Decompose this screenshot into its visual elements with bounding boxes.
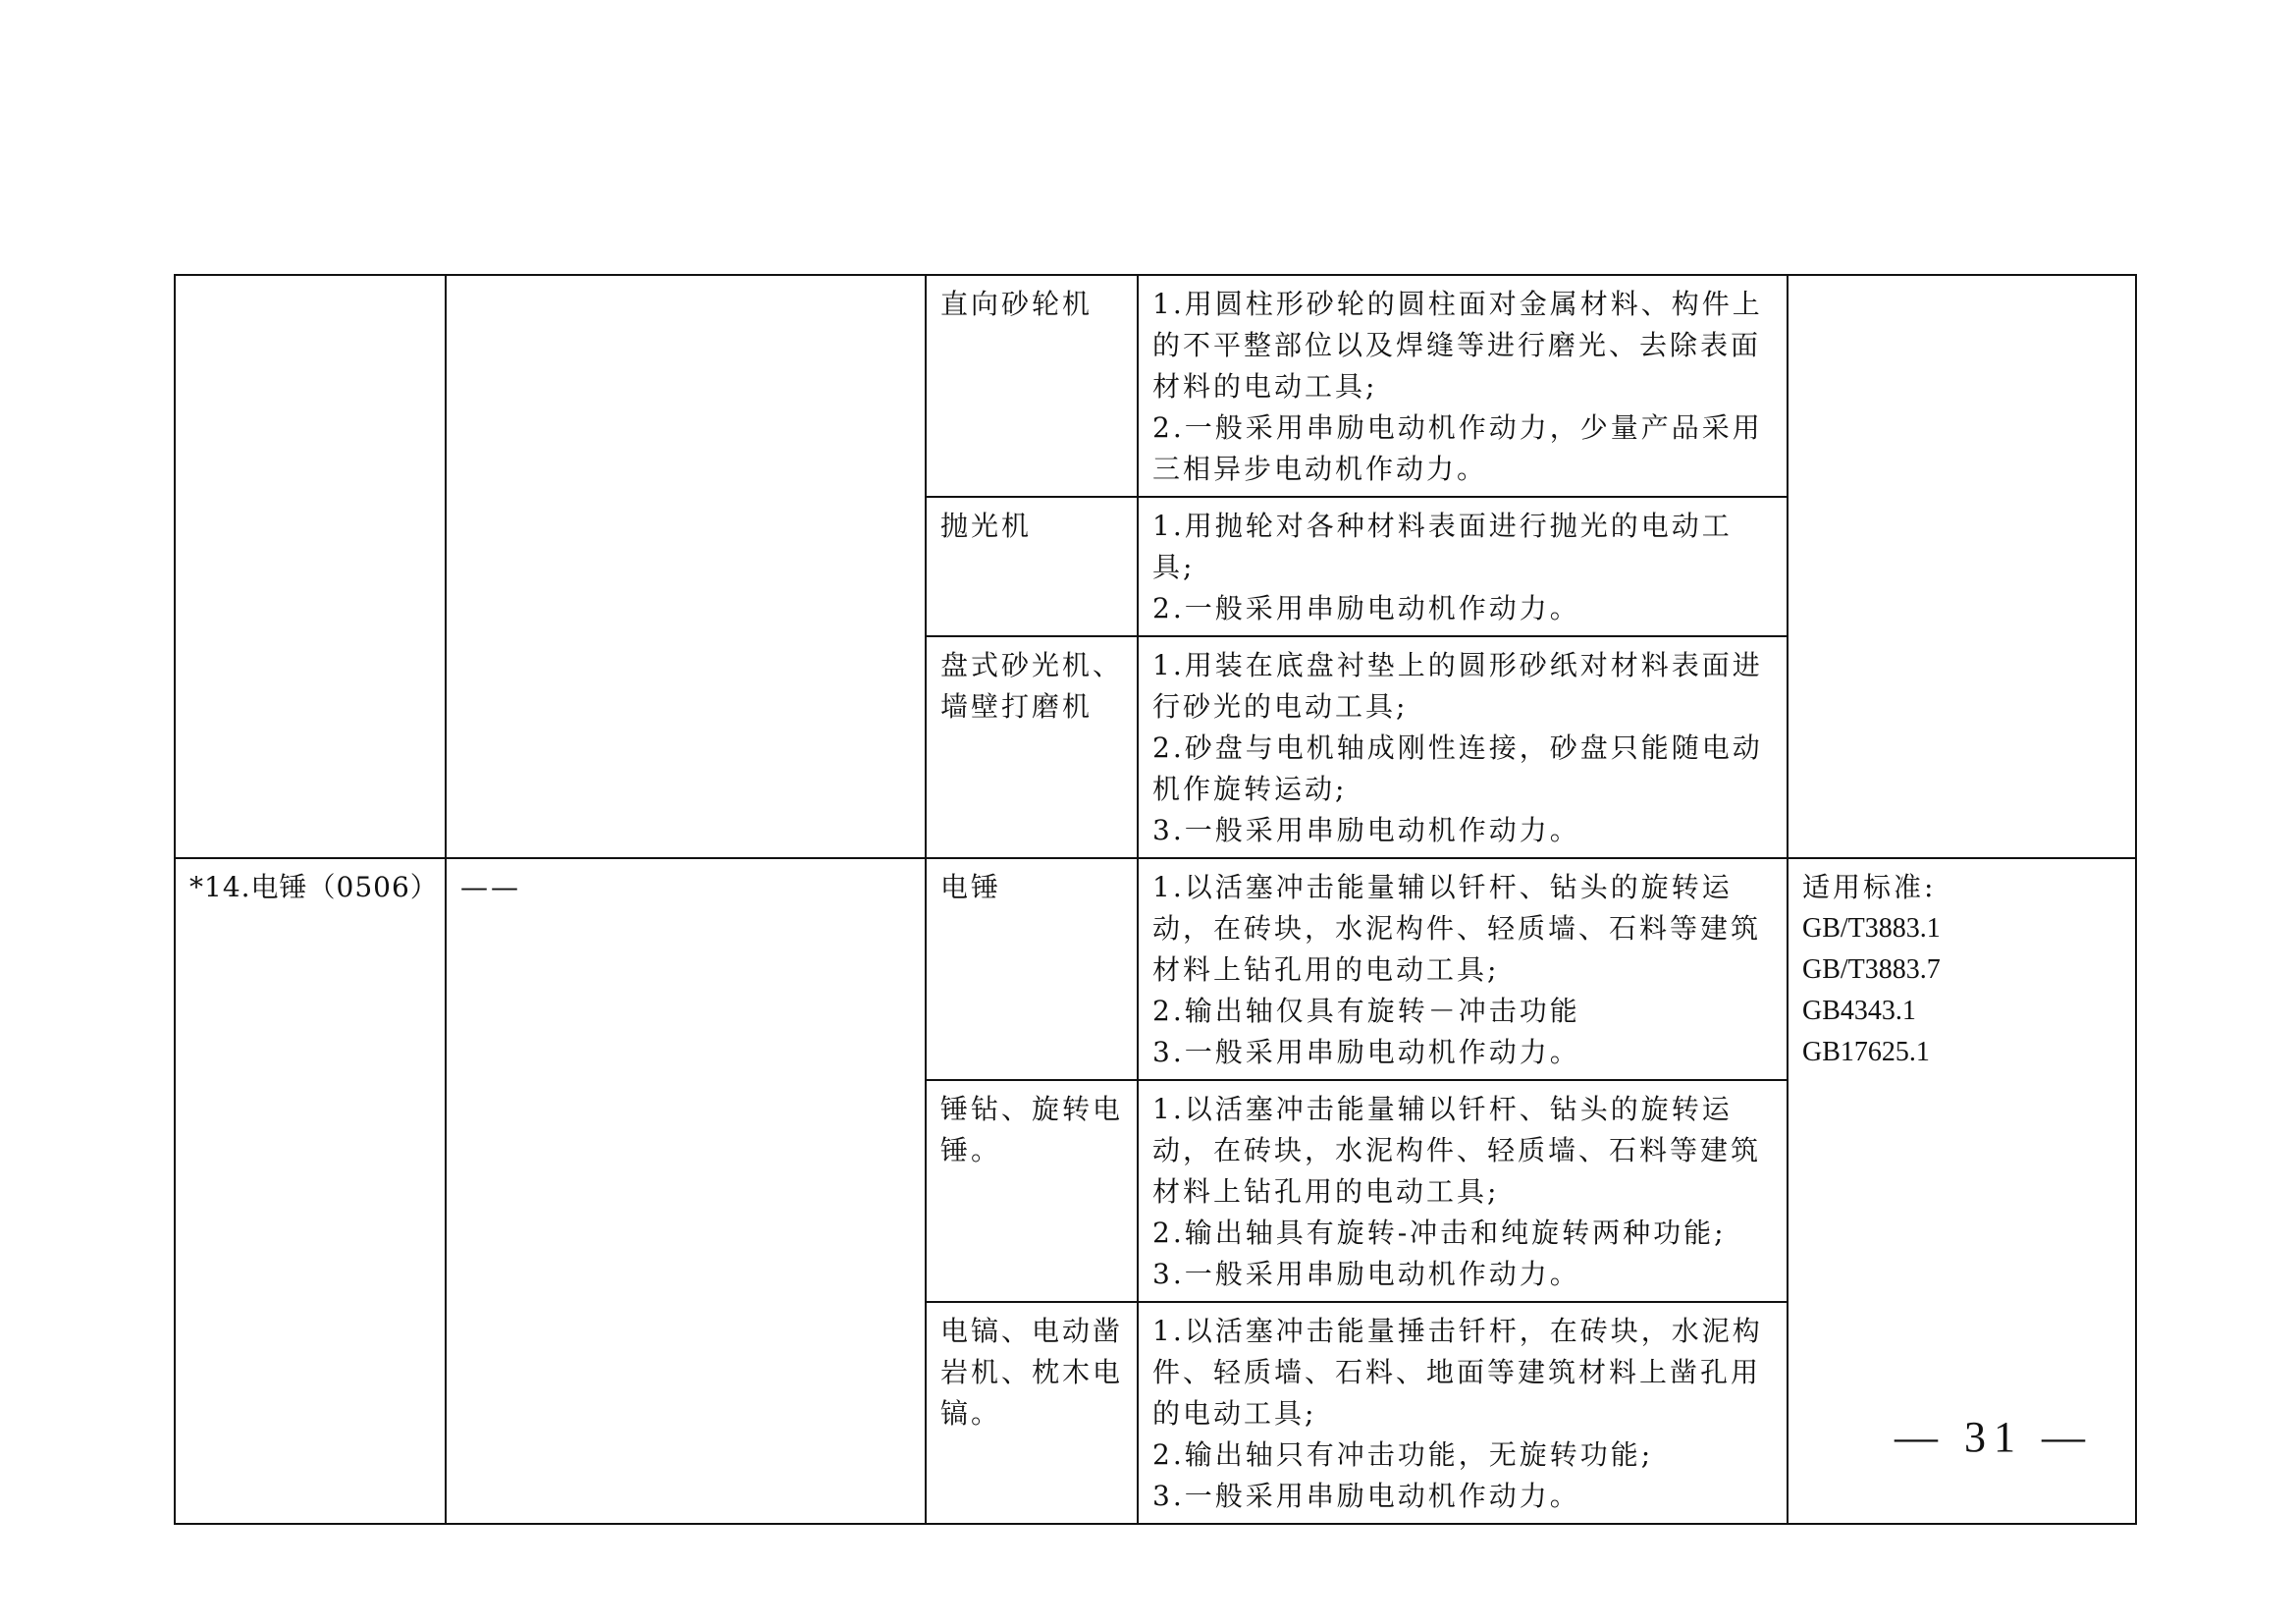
- description-line: 2.输出轴只有冲击功能，无旋转功能;: [1152, 1435, 1775, 1476]
- description-line: 3.一般采用串励电动机作动力。: [1152, 810, 1775, 851]
- category-cell: [175, 275, 446, 858]
- subcategory-cell: [446, 275, 926, 858]
- category-cell: *14.电锤（0506）: [175, 858, 446, 1524]
- product-name-cell: 电锤: [926, 858, 1138, 1080]
- description-line: 1.以活塞冲击能量辅以钎杆、钻头的旋转运动，在砖块，水泥构件、轻质墙、石料等建筑…: [1152, 867, 1775, 991]
- table-row: 直向砂轮机 1.用圆柱形砂轮的圆柱面对金属材料、构件上的不平整部位以及焊缝等进行…: [175, 275, 2136, 497]
- description-line: 1.用装在底盘衬垫上的圆形砂纸对材料表面进行砂光的电动工具;: [1152, 645, 1775, 728]
- standard-code: GB/T3883.7: [1802, 949, 2123, 991]
- standard-code: GB4343.1: [1802, 991, 2123, 1032]
- description-cell: 1.以活塞冲击能量捶击钎杆，在砖块，水泥构件、轻质墙、石料、地面等建筑材料上凿孔…: [1138, 1302, 1788, 1524]
- description-line: 2.一般采用串励电动机作动力。: [1152, 588, 1775, 629]
- description-line: 2.一般采用串励电动机作动力，少量产品采用三相异步电动机作动力。: [1152, 407, 1775, 490]
- description-cell: 1.用抛轮对各种材料表面进行抛光的电动工具; 2.一般采用串励电动机作动力。: [1138, 497, 1788, 636]
- standards-cell: [1788, 275, 2136, 858]
- subcategory-cell: ——: [446, 858, 926, 1524]
- description-cell: 1.用装在底盘衬垫上的圆形砂纸对材料表面进行砂光的电动工具; 2.砂盘与电机轴成…: [1138, 636, 1788, 858]
- description-line: 1.用圆柱形砂轮的圆柱面对金属材料、构件上的不平整部位以及焊缝等进行磨光、去除表…: [1152, 284, 1775, 407]
- description-line: 3.一般采用串励电动机作动力。: [1152, 1476, 1775, 1517]
- description-line: 2.输出轴仅具有旋转－冲击功能: [1152, 991, 1775, 1032]
- product-name-cell: 电镐、电动凿岩机、枕木电镐。: [926, 1302, 1138, 1524]
- page-number: — 31 —: [1895, 1412, 2093, 1462]
- standards-label: 适用标准:: [1802, 867, 2123, 908]
- product-name-cell: 抛光机: [926, 497, 1138, 636]
- description-line: 1.以活塞冲击能量捶击钎杆，在砖块，水泥构件、轻质墙、石料、地面等建筑材料上凿孔…: [1152, 1311, 1775, 1435]
- description-line: 3.一般采用串励电动机作动力。: [1152, 1032, 1775, 1073]
- table-row: *14.电锤（0506） —— 电锤 1.以活塞冲击能量辅以钎杆、钻头的旋转运动…: [175, 858, 2136, 1080]
- product-name-cell: 盘式砂光机、墙壁打磨机: [926, 636, 1138, 858]
- standard-code: GB/T3883.1: [1802, 908, 2123, 949]
- description-line: 2.输出轴具有旋转-冲击和纯旋转两种功能;: [1152, 1213, 1775, 1254]
- product-name-cell: 直向砂轮机: [926, 275, 1138, 497]
- product-name-cell: 锤钻、旋转电锤。: [926, 1080, 1138, 1302]
- standard-code: GB17625.1: [1802, 1032, 2123, 1073]
- product-catalog-table: 直向砂轮机 1.用圆柱形砂轮的圆柱面对金属材料、构件上的不平整部位以及焊缝等进行…: [174, 274, 2137, 1525]
- description-line: 1.用抛轮对各种材料表面进行抛光的电动工具;: [1152, 506, 1775, 588]
- description-cell: 1.以活塞冲击能量辅以钎杆、钻头的旋转运动，在砖块，水泥构件、轻质墙、石料等建筑…: [1138, 1080, 1788, 1302]
- description-line: 3.一般采用串励电动机作动力。: [1152, 1254, 1775, 1295]
- description-line: 1.以活塞冲击能量辅以钎杆、钻头的旋转运动，在砖块，水泥构件、轻质墙、石料等建筑…: [1152, 1089, 1775, 1213]
- description-line: 2.砂盘与电机轴成刚性连接，砂盘只能随电动机作旋转运动;: [1152, 728, 1775, 810]
- description-cell: 1.用圆柱形砂轮的圆柱面对金属材料、构件上的不平整部位以及焊缝等进行磨光、去除表…: [1138, 275, 1788, 497]
- description-cell: 1.以活塞冲击能量辅以钎杆、钻头的旋转运动，在砖块，水泥构件、轻质墙、石料等建筑…: [1138, 858, 1788, 1080]
